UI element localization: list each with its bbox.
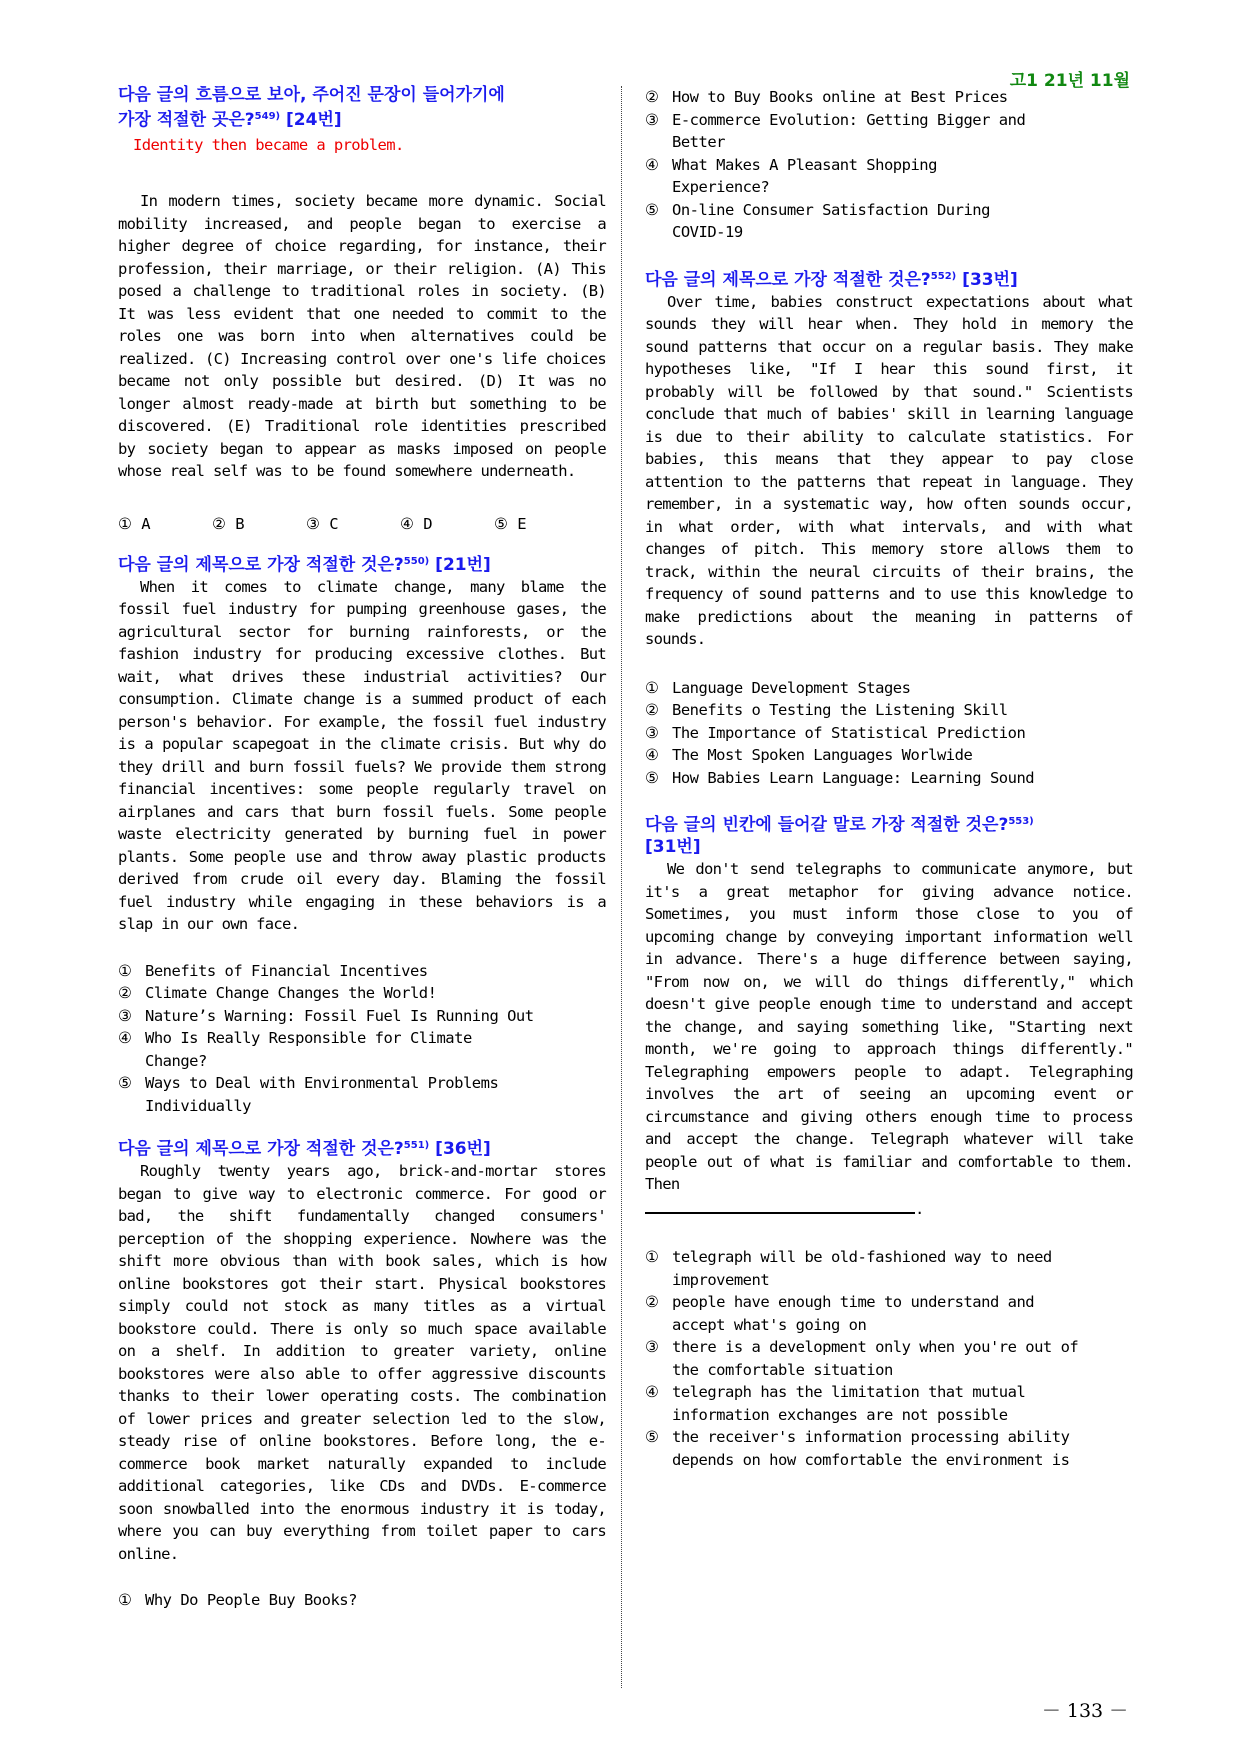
question-553: 다음 글의 빈칸에 들어갈 말로 가장 적절한 것은?553) [31번] We… — [645, 811, 1133, 1471]
question-title: 다음 글의 흐름으로 보아, 주어진 문장이 들어가기에 가장 적절한 곳은?5… — [118, 84, 606, 131]
question-number: [24번] — [286, 110, 342, 130]
option-1[interactable]: ①Language Development Stages — [645, 677, 1133, 700]
question-number: [21번] — [435, 555, 491, 575]
option-3[interactable]: ③there is a development only when you're… — [645, 1336, 1133, 1381]
question-title: 다음 글의 제목으로 가장 적절한 것은?550) [21번] — [118, 551, 606, 576]
option-2[interactable]: ② B — [212, 513, 306, 535]
passage: We don't send telegraphs to communicate … — [645, 858, 1133, 1196]
question-title: 다음 글의 빈칸에 들어갈 말로 가장 적절한 것은?553) [31번] — [645, 811, 1133, 858]
option-3[interactable]: ③Nature’s Warning: Fossil Fuel Is Runnin… — [118, 1005, 606, 1028]
page-number: － 133 － — [1030, 1696, 1140, 1723]
right-column: ②How to Buy Books online at Best Prices … — [645, 86, 1133, 1471]
passage: Over time, babies construct expectations… — [645, 291, 1133, 651]
option-1[interactable]: ①telegraph will be old-fashioned way to … — [645, 1246, 1133, 1291]
answer-options: ①Why Do People Buy Books? — [118, 1589, 606, 1612]
answer-options: ① A ② B ③ C ④ D ⑤ E — [118, 513, 606, 535]
option-5[interactable]: ⑤Ways to Deal with Environmental Problem… — [118, 1072, 606, 1117]
option-5[interactable]: ⑤the receiver's information processing a… — [645, 1426, 1133, 1471]
question-title: 다음 글의 제목으로 가장 적절한 것은?551) [36번] — [118, 1135, 606, 1160]
option-1[interactable]: ①Why Do People Buy Books? — [118, 1589, 606, 1612]
answer-options: ①telegraph will be old-fashioned way to … — [645, 1246, 1133, 1471]
option-3[interactable]: ③The Importance of Statistical Predictio… — [645, 722, 1133, 745]
option-2[interactable]: ②How to Buy Books online at Best Prices — [645, 86, 1133, 109]
left-column: 다음 글의 흐름으로 보아, 주어진 문장이 들어가기에 가장 적절한 곳은?5… — [118, 84, 606, 1612]
footnote-ref: 549) — [255, 111, 280, 122]
answer-options-continued: ②How to Buy Books online at Best Prices … — [645, 86, 1133, 244]
passage: In modern times, society became more dyn… — [118, 190, 606, 483]
option-5[interactable]: ⑤On-line Consumer Satisfaction During CO… — [645, 199, 1133, 244]
footnote-ref: 551) — [404, 1140, 429, 1151]
answer-options: ①Language Development Stages ②Benefits o… — [645, 677, 1133, 790]
passage: When it comes to climate change, many bl… — [118, 576, 606, 936]
column-divider — [621, 86, 622, 1688]
option-2[interactable]: ②Climate Change Changes the World! — [118, 982, 606, 1005]
question-title: 다음 글의 제목으로 가장 적절한 것은?552) [33번] — [645, 266, 1133, 291]
question-552: 다음 글의 제목으로 가장 적절한 것은?552) [33번] Over tim… — [645, 266, 1133, 790]
option-1[interactable]: ① A — [118, 513, 212, 535]
option-4[interactable]: ④telegraph has the limitation that mutua… — [645, 1381, 1133, 1426]
passage: Roughly twenty years ago, brick-and-mort… — [118, 1160, 606, 1565]
footnote-ref: 553) — [1008, 816, 1033, 827]
option-4[interactable]: ④ D — [400, 513, 494, 535]
question-550: 다음 글의 제목으로 가장 적절한 것은?550) [21번] When it … — [118, 551, 606, 1118]
question-549: 다음 글의 흐름으로 보아, 주어진 문장이 들어가기에 가장 적절한 곳은?5… — [118, 84, 606, 535]
option-5[interactable]: ⑤ E — [494, 513, 588, 535]
option-3[interactable]: ③E-commerce Evolution: Getting Bigger an… — [645, 109, 1133, 154]
option-4[interactable]: ④What Makes A Pleasant Shopping Experien… — [645, 154, 1133, 199]
option-1[interactable]: ①Benefits of Financial Incentives — [118, 960, 606, 983]
given-sentence: Identity then became a problem. — [133, 134, 606, 156]
footnote-ref: 552) — [931, 271, 956, 282]
question-number: [31번] — [645, 837, 701, 857]
question-number: [33번] — [962, 270, 1018, 290]
option-4[interactable]: ④Who Is Really Responsible for Climate C… — [118, 1027, 606, 1072]
option-4[interactable]: ④The Most Spoken Languages Worlwide — [645, 744, 1133, 767]
option-2[interactable]: ②Benefits o Testing the Listening Skill — [645, 699, 1133, 722]
answer-blank — [645, 1198, 915, 1214]
question-551: 다음 글의 제목으로 가장 적절한 것은?551) [36번] Roughly … — [118, 1135, 606, 1612]
option-5[interactable]: ⑤How Babies Learn Language: Learning Sou… — [645, 767, 1133, 790]
option-3[interactable]: ③ C — [306, 513, 400, 535]
question-number: [36번] — [435, 1139, 491, 1159]
answer-options: ①Benefits of Financial Incentives ②Clima… — [118, 960, 606, 1118]
blank-line: . — [645, 1198, 1133, 1221]
footnote-ref: 550) — [404, 556, 429, 567]
option-2[interactable]: ②people have enough time to understand a… — [645, 1291, 1133, 1336]
